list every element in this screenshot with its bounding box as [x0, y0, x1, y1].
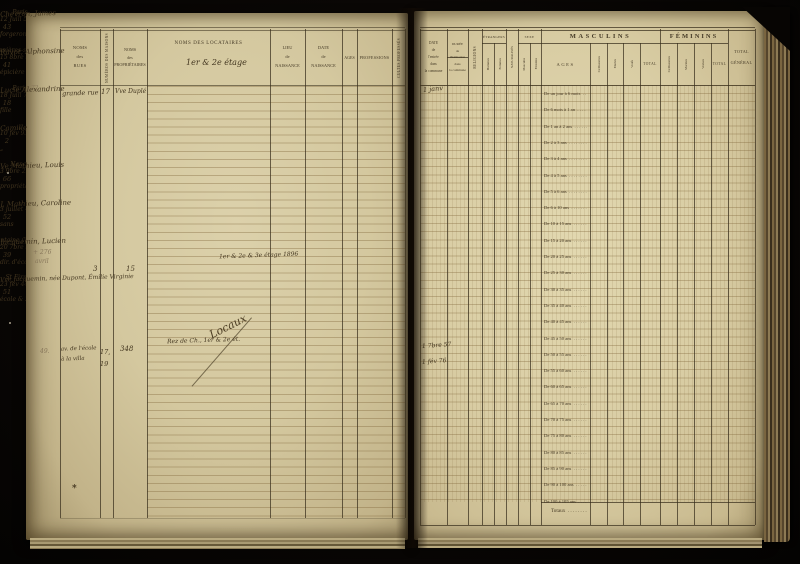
row-line — [60, 30, 405, 31]
page-stack-edge — [418, 538, 762, 548]
age-range-label: De 75 à 80 ans — [544, 433, 587, 440]
age-range-label: De 80 à 85 ans — [544, 450, 587, 457]
age-range-label: De 50 à 55 ans — [544, 352, 587, 359]
owner-name: 15 — [126, 265, 135, 273]
totals-label: Totaux — [551, 508, 587, 516]
column-line — [420, 29, 421, 525]
age-value: 39 — [0, 251, 14, 259]
age-range-label: De 40 à 45 ans — [544, 319, 587, 326]
age-range-label: De 45 à 50 ans — [544, 336, 587, 343]
column-line — [506, 29, 507, 525]
header-house-numbers: NUMÉROS DES MAISONS — [100, 30, 113, 85]
row-line — [420, 85, 755, 86]
column-line — [711, 43, 712, 525]
header-streets: NOMS des RUES — [60, 30, 100, 85]
age-value: 43 — [0, 23, 14, 31]
page-stack-edge — [30, 538, 405, 549]
photo-speck — [7, 172, 9, 174]
header-foreigners-men-label: Hommes — [486, 58, 490, 70]
age-range-label: De 90 à 100 ans — [544, 482, 587, 489]
age-range-label: De 30 à 35 ans — [544, 287, 587, 294]
age-range-label: De 65 à 70 ans — [544, 401, 587, 408]
column-line — [677, 43, 678, 525]
margin-mark: * — [72, 484, 77, 494]
header-fem-widowed: Veuves — [694, 43, 711, 85]
age-range-label: De 20 à 25 ans — [544, 254, 587, 261]
street-name: 3 — [93, 265, 97, 273]
age-range-label: De un jour à 6 mois — [544, 91, 587, 98]
column-line — [728, 29, 729, 525]
age-range-label: De 2 à 3 ans — [544, 140, 587, 147]
age-range-label: De 35 à 40 ans — [544, 303, 587, 310]
age-range-label: De 25 à 30 ans — [544, 270, 587, 277]
header-masc-married: Mariés — [607, 43, 623, 85]
column-line — [694, 43, 695, 525]
header-naturalized-label: NATURALISÉS — [510, 46, 514, 68]
row-line — [420, 27, 755, 28]
age-range-label: De 85 à 90 ans — [544, 466, 587, 473]
row-line — [518, 43, 728, 44]
column-line — [660, 29, 661, 525]
column-line — [482, 29, 483, 525]
header-fem-single: Célibataires — [660, 43, 677, 85]
header-fem-married: Mariées — [677, 43, 694, 85]
register-photo: NOMS des RUES NUMÉROS DES MAISONS NOMS d… — [0, 0, 800, 564]
age-value: 51 — [0, 288, 14, 296]
header-religions-label: RELIGIONS — [473, 46, 477, 69]
header-tenants-handwritten-note: 1er & 2e étage — [186, 58, 247, 67]
row-line — [60, 27, 405, 28]
header-masc-married-label: Mariés — [613, 59, 617, 68]
age-value: 52 — [0, 213, 14, 221]
margin-note: + 276 — [33, 249, 51, 256]
row-line — [420, 525, 755, 526]
column-line — [518, 29, 519, 525]
header-birthplace: LIEU de NAISSANCE — [270, 30, 305, 85]
book-gutter-shadow — [396, 8, 428, 548]
header-fem-total: TOTAL — [711, 43, 728, 85]
age-range-label: De 1 an à 2 ans — [544, 124, 587, 131]
owner-name: 348 — [120, 345, 133, 353]
age-range-label: De 15 à 20 ans — [544, 238, 587, 245]
header-foreigners-women-label: Femmes — [498, 58, 502, 70]
header-owners: NOMS des PROPRIÉTAIRES — [113, 30, 147, 85]
age-value: 41 — [0, 61, 14, 69]
margin-note: avril — [35, 258, 49, 265]
age-value: 18 — [0, 99, 14, 107]
book-cover-edge — [764, 12, 790, 542]
age-range-label: De 60 à 65 ans — [544, 384, 587, 391]
column-line — [60, 29, 61, 518]
photo-speck — [9, 322, 11, 324]
header-masc-single-label: Célibataires — [597, 56, 601, 72]
margin-note: 49. — [40, 348, 50, 355]
age-range-label: De 4 à 5 ans — [544, 173, 587, 180]
header-sex-masculine-label: Masculin — [522, 58, 526, 71]
age-range-label: De 100 à 105 ans — [544, 499, 587, 506]
header-masc-widowed-label: Veufs — [630, 60, 634, 68]
row-line — [447, 57, 468, 58]
column-line — [755, 29, 756, 525]
age-value: 66 — [0, 175, 14, 183]
age-range-label: De 6 à 10 ans — [544, 205, 587, 212]
column-line — [541, 29, 542, 525]
header-masc-widowed: Veufs — [623, 43, 640, 85]
age-range-label: De 3 à 4 ans — [544, 156, 587, 163]
age-value: 2 — [0, 137, 14, 145]
column-line — [468, 29, 469, 525]
header-masc-total: TOTAL — [640, 43, 660, 85]
header-sex-feminine-label: Féminin — [534, 58, 538, 69]
age-range-label: De 70 à 75 ans — [544, 417, 587, 424]
column-line — [447, 29, 448, 525]
street-name: av. de l'école à la villa — [61, 343, 97, 365]
column-line — [405, 29, 406, 518]
column-line — [392, 29, 393, 518]
row-line — [60, 518, 405, 519]
house-number: 17, 19 — [100, 347, 110, 370]
age-range-label: De 55 à 60 ans — [544, 368, 587, 375]
header-house-numbers-label: NUMÉROS DES MAISONS — [105, 33, 109, 83]
header-total-general: TOTAL GÉNÉRAL — [728, 30, 755, 85]
ruled-lines-left — [147, 86, 405, 518]
